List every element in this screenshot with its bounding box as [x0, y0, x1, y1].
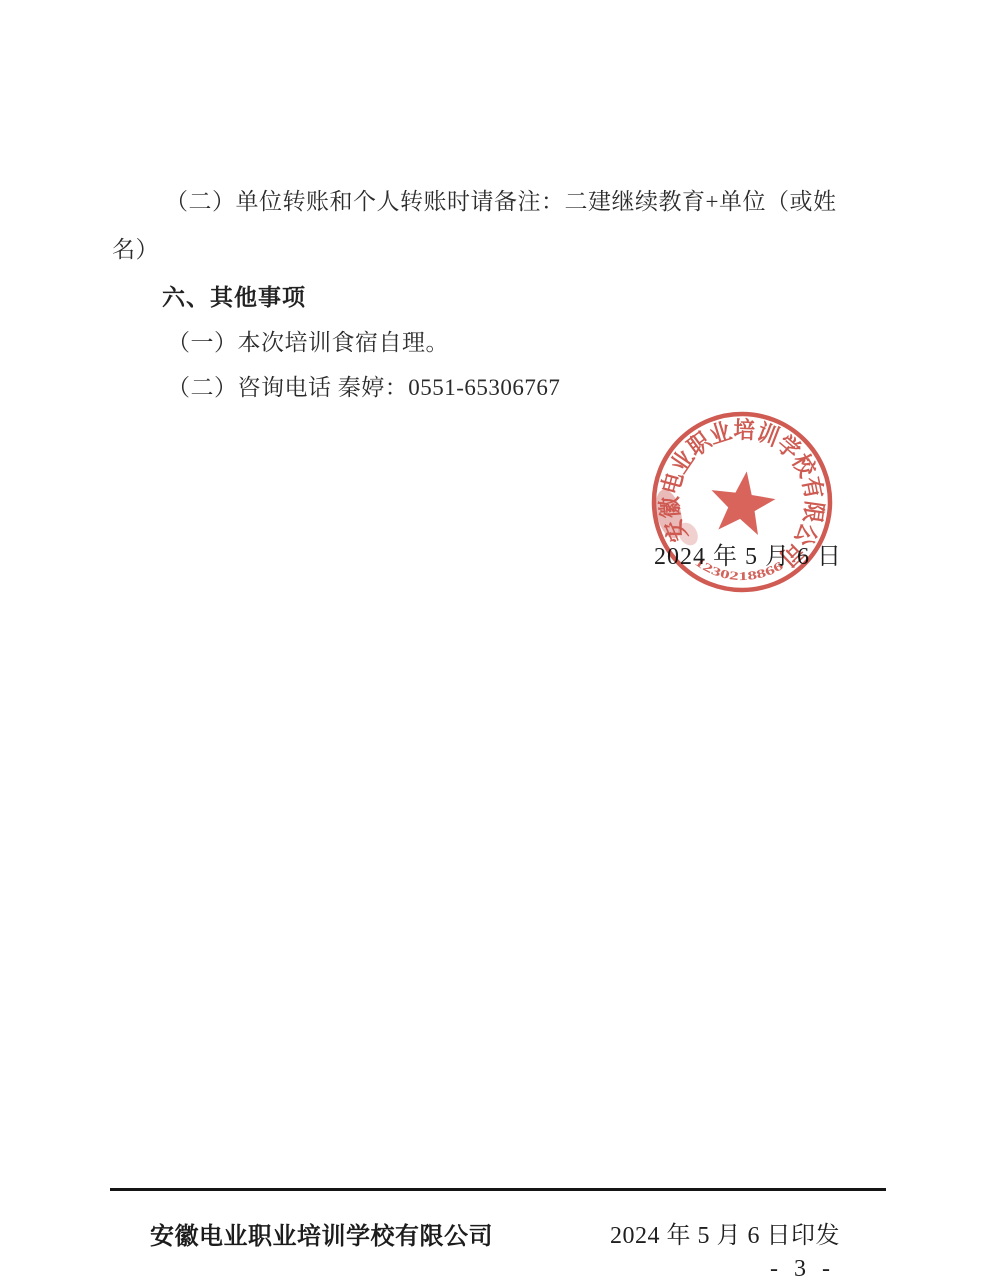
svg-text:1230218866: 1230218866 [692, 555, 785, 584]
seal-star-icon [706, 467, 779, 537]
list-item-accommodation: （一）本次培训食宿自理。 [167, 324, 449, 357]
document-page: （二）单位转账和个人转账时请备注：二建继续教育+单位（或姓 名） 六、其他事项 … [0, 0, 1000, 1286]
page-number: - 3 - [770, 1256, 835, 1283]
paragraph-transfer-remark-line2: 名） [112, 231, 159, 264]
footer-divider-rule [110, 1188, 886, 1191]
footer-print-date: 2024 年 5 月 6 日印发 [610, 1215, 840, 1250]
paragraph-transfer-remark-line1: （二）单位转账和个人转账时请备注：二建继续教育+单位（或姓 [165, 183, 836, 216]
footer-issuer-company: 安徽电业职业培训学校有限公司 [150, 1216, 493, 1251]
list-item-contact-phone: （二）咨询电话 秦婷：0551-65306767 [167, 369, 560, 402]
company-seal-stamp: 安徽电业职业培训学校有限公司 1230218866 [642, 402, 842, 602]
section-heading-other-matters: 六、其他事项 [162, 279, 306, 312]
seal-serial-number: 1230218866 [692, 555, 785, 584]
